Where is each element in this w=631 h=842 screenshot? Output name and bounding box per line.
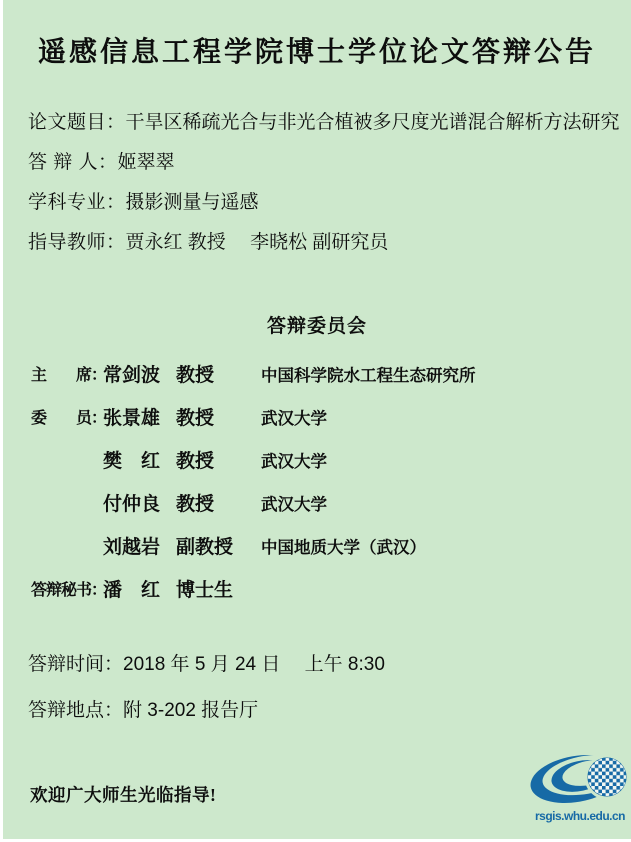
committee-member-affiliation: 武汉大学 [261, 491, 327, 515]
committee-member-title: 博士生 [176, 575, 233, 602]
thesis-title-label: 论文题目： [28, 112, 126, 133]
welcome-message: 欢迎广大师生光临指导! [30, 782, 216, 807]
committee-member-title: 教授 [176, 489, 214, 516]
candidate-value: 姬翠翠 [118, 152, 175, 173]
committee-row: 刘越岩 副教授 中国地质大学（武汉） [31, 532, 621, 575]
committee-member-label: 主 席： [31, 362, 106, 385]
committee-row: 主 席： 常剑波 教授 中国科学院水工程生态研究所 [31, 360, 621, 403]
defense-venue-label: 答辩地点： [28, 700, 123, 721]
page-title: 遥感信息工程学院博士学位论文答辩公告 [3, 30, 631, 70]
committee-member-name: 常剑波 [103, 360, 160, 387]
committee-row: 答辩秘书： 潘 红 博士生 [31, 575, 621, 618]
committee-list: 主 席： 常剑波 教授 中国科学院水工程生态研究所 委 员： 张景雄 教授 武汉… [31, 360, 621, 618]
candidate-line: 答 辩 人：姬翠翠 [28, 148, 620, 188]
committee-member-name: 张景雄 [103, 403, 160, 430]
major-label: 学科专业： [28, 192, 126, 213]
defense-time-label: 答辩时间： [28, 654, 123, 675]
thesis-info-block: 论文题目：干旱区稀疏光合与非光合植被多尺度光谱混合解析方法研究 答 辩 人：姬翠… [28, 108, 620, 268]
advisor-value: 贾永红 教授 李晓松 副研究员 [126, 232, 389, 253]
major-line: 学科专业：摄影测量与遥感 [28, 188, 620, 228]
committee-member-name: 潘 红 [103, 575, 160, 602]
thesis-title-line: 论文题目：干旱区稀疏光合与非光合植被多尺度光谱混合解析方法研究 [28, 108, 620, 148]
major-value: 摄影测量与遥感 [126, 192, 259, 213]
defense-venue-line: 答辩地点：附 3-202 报告厅 [28, 696, 385, 742]
committee-member-name: 刘越岩 [103, 532, 160, 559]
advisor-line: 指导教师：贾永红 教授 李晓松 副研究员 [28, 228, 620, 268]
committee-heading: 答辩委员会 [3, 311, 631, 338]
committee-member-title: 教授 [176, 446, 214, 473]
committee-member-label: 答辩秘书： [31, 577, 106, 600]
defense-venue-value: 附 3-202 报告厅 [123, 700, 258, 721]
committee-member-title: 教授 [176, 360, 214, 387]
committee-member-affiliation: 武汉大学 [261, 405, 327, 429]
rsgis-logo: rsgis.whu.edu.cn [530, 750, 630, 823]
defense-time-value: 2018 年 5 月 24 日 上午 8:30 [123, 654, 385, 675]
committee-member-name: 樊 红 [103, 446, 160, 473]
committee-member-title: 副教授 [176, 532, 233, 559]
logo-website-text: rsgis.whu.edu.cn [530, 809, 630, 823]
announcement-page: 遥感信息工程学院博士学位论文答辩公告 论文题目：干旱区稀疏光合与非光合植被多尺度… [3, 0, 631, 839]
committee-member-label: 委 员： [31, 405, 106, 428]
committee-member-title: 教授 [176, 403, 214, 430]
committee-row: 委 员： 张景雄 教授 武汉大学 [31, 403, 621, 446]
committee-row: 樊 红 教授 武汉大学 [31, 446, 621, 489]
logo-swoosh-globe-icon [530, 750, 630, 808]
thesis-title-value: 干旱区稀疏光合与非光合植被多尺度光谱混合解析方法研究 [126, 112, 620, 133]
candidate-label: 答 辩 人： [28, 152, 118, 173]
advisor-label: 指导教师： [28, 232, 126, 253]
committee-member-name: 付仲良 [103, 489, 160, 516]
committee-row: 付仲良 教授 武汉大学 [31, 489, 621, 532]
defense-time-line: 答辩时间：2018 年 5 月 24 日 上午 8:30 [28, 650, 385, 696]
committee-member-affiliation: 中国科学院水工程生态研究所 [261, 362, 476, 386]
committee-member-affiliation: 武汉大学 [261, 448, 327, 472]
schedule-block: 答辩时间：2018 年 5 月 24 日 上午 8:30 答辩地点：附 3-20… [28, 650, 385, 742]
committee-member-affiliation: 中国地质大学（武汉） [261, 534, 426, 558]
